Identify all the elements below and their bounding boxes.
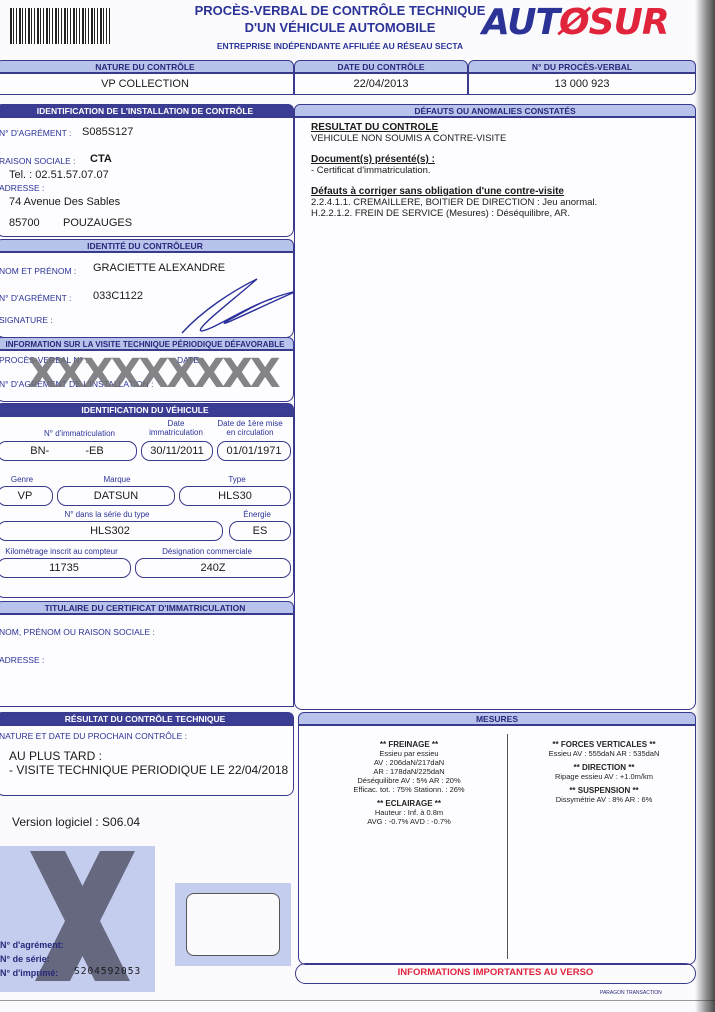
controleur-section: IDENTITÉ DU CONTRÔLEUR NOM ET PRÉNOM : G… <box>0 239 294 338</box>
freinage-line: Essieu par essieu <box>319 749 499 758</box>
serie-label: N° dans la série du type <box>37 510 177 519</box>
suspension-title: ** SUSPENSION ** <box>569 786 638 795</box>
logo-o-icon: Ø <box>559 2 589 43</box>
date-controle-section: DATE DU CONTRÔLE 22/04/2013 <box>294 60 468 95</box>
info-verso-banner: INFORMATIONS IMPORTANTES AU VERSO <box>295 963 696 984</box>
resultat-title: RÉSULTAT DU CONTRÔLE TECHNIQUE <box>0 712 294 725</box>
forces-title: ** FORCES VERTICALES ** <box>552 740 655 749</box>
logo-text-sur: SUR <box>589 2 669 43</box>
stamp-area <box>175 883 291 966</box>
designation-field: 240Z <box>135 558 291 578</box>
installation-address-line: 74 Avenue Des Sables <box>9 196 120 208</box>
controleur-agrement-value: 033C1122 <box>93 290 143 302</box>
stub-agrement-label: N° d'agrément: <box>0 938 64 952</box>
designation-label: Désignation commerciale <box>147 547 267 556</box>
visite-defavorable-section: INFORMATION SUR LA VISITE TECHNIQUE PÉRI… <box>0 337 294 402</box>
documents-text: - Certificat d'immatriculation. <box>311 165 679 176</box>
km-field: 11735 <box>0 558 131 578</box>
freinage-line: AV : 206daN/217daN <box>319 758 499 767</box>
serie-field: HLS302 <box>0 521 223 541</box>
nature-value: VP COLLECTION <box>0 73 294 95</box>
installation-title: IDENTIFICATION DE L'INSTALLATION DE CONT… <box>0 104 294 117</box>
suspension-line: Dissymétrie AV : 8% AR : 6% <box>519 795 689 804</box>
pv-number-section: N° DU PROCÈS-VERBAL 13 000 923 <box>468 60 696 95</box>
freinage-line: Déséquilibre AV : 5% AR : 20% <box>319 776 499 785</box>
stub-imprime-label: N° d'imprimé: <box>0 966 64 980</box>
immat-suffix: -EB <box>85 445 103 457</box>
marque-field: DATSUN <box>57 486 175 506</box>
immat-prefix: BN- <box>30 445 49 457</box>
nature-controle-section: NATURE DU CONTRÔLE VP COLLECTION <box>0 60 294 95</box>
logo-text-auto: AUT <box>482 2 559 43</box>
resultat-section: RÉSULTAT DU CONTRÔLE TECHNIQUE NATURE ET… <box>0 712 294 796</box>
mesures-divider <box>507 734 508 959</box>
software-version: Version logiciel : S06.04 <box>12 815 140 829</box>
title-line-1: PROCÈS-VERBAL DE CONTRÔLE TECHNIQUE <box>190 2 490 19</box>
nature-label: NATURE DU CONTRÔLE <box>0 60 294 73</box>
visite-defavorable-title: INFORMATION SUR LA VISITE TECHNIQUE PÉRI… <box>0 337 294 350</box>
titulaire-address-label: ADRESSE : <box>0 655 44 665</box>
installation-section: IDENTIFICATION DE L'INSTALLATION DE CONT… <box>0 104 294 237</box>
controleur-title: IDENTITÉ DU CONTRÔLEUR <box>0 239 294 252</box>
prochain-controle-line2: - VISITE TECHNIQUE PERIODIQUE LE 22/04/2… <box>9 763 288 777</box>
documents-heading: Document(s) présenté(s) : <box>311 154 679 165</box>
raison-sociale-label: RAISON SOCIALE : <box>0 156 76 166</box>
vehicule-title: IDENTIFICATION DU VÉHICULE <box>0 403 294 416</box>
pv-value: 13 000 923 <box>468 73 696 95</box>
defauts-section: DÉFAUTS OU ANOMALIES CONSTATÉS RESULTAT … <box>294 104 696 710</box>
stamp-box <box>186 893 280 956</box>
signature-label: SIGNATURE : <box>0 315 53 325</box>
installation-phone: Tel. : 02.51.57.07.07 <box>9 169 109 181</box>
date-value: 22/04/2013 <box>294 73 468 95</box>
installation-city: POUZAUGES <box>63 217 132 229</box>
prochain-controle-line1: AU PLUS TARD : <box>9 749 102 763</box>
document-subtitle: ENTREPRISE INDÉPENDANTE AFFILIÉE AU RÉSE… <box>190 41 490 51</box>
raison-sociale-value: CTA <box>90 153 112 165</box>
titulaire-section: TITULAIRE DU CERTIFICAT D'IMMATRICULATIO… <box>0 601 294 707</box>
eclairage-line: AVG : -0.7% AVD : -0.7% <box>319 817 499 826</box>
direction-line: Ripage essieu AV : +1.0m/km <box>519 772 689 781</box>
resultat-text: VEHICULE NON SOUMIS A CONTRE-VISITE <box>311 133 679 144</box>
direction-title: ** DIRECTION ** <box>574 763 635 772</box>
immat-field: BN- -EB <box>0 441 137 461</box>
eclairage-title: ** ECLAIRAGE ** <box>377 799 441 808</box>
installation-agrement-label: N° D'AGRÉMENT : <box>0 128 71 138</box>
prochain-controle-label: NATURE ET DATE DU PROCHAIN CONTRÔLE : <box>0 731 187 741</box>
titulaire-name-label: NOM, PRÉNOM OU RAISON SOCIALE : <box>0 627 155 637</box>
titulaire-title: TITULAIRE DU CERTIFICAT D'IMMATRICULATIO… <box>0 601 294 614</box>
vehicule-section: IDENTIFICATION DU VÉHICULE N° d'immatric… <box>0 403 294 598</box>
genre-label: Genre <box>7 475 37 484</box>
freinage-block: ** FREINAGE ** Essieu par essieu AV : 20… <box>319 740 499 826</box>
energie-label: Énergie <box>237 510 277 519</box>
mesures-section: MESURES ** FREINAGE ** Essieu par essieu… <box>298 712 696 965</box>
date-mise-field: 01/01/1971 <box>217 441 291 461</box>
date-immat-label: Date immatriculation <box>145 419 207 437</box>
barcode-icon <box>10 8 110 44</box>
document-title: PROCÈS-VERBAL DE CONTRÔLE TECHNIQUE D'UN… <box>190 2 490 36</box>
installation-address-label: ADRESSE : <box>0 183 44 193</box>
genre-field: VP <box>0 486 53 506</box>
printer-credit: PARAGON TRANSACTION <box>600 990 662 996</box>
control-stub: N° d'agrément: N° de série: N° d'imprimé… <box>0 846 155 992</box>
defauts-heading: Défauts à corriger sans obligation d'une… <box>311 186 679 197</box>
date-mise-label: Date de 1ère mise en circulation <box>215 419 285 437</box>
imprime-number: S204592053 <box>74 966 141 977</box>
scan-shadow <box>695 0 715 1012</box>
resultat-heading: RESULTAT DU CONTROLE <box>311 122 679 133</box>
marque-label: Marque <box>87 475 147 484</box>
type-label: Type <box>217 475 257 484</box>
installation-agrement-value: S085S127 <box>82 126 133 138</box>
km-label: Kilométrage inscrit au compteur <box>0 547 124 556</box>
freinage-title: ** FREINAGE ** <box>380 740 438 749</box>
title-line-2: D'UN VÉHICULE AUTOMOBILE <box>190 19 490 36</box>
forces-block: ** FORCES VERTICALES ** Essieu AV : 555d… <box>519 740 689 804</box>
freinage-line: Efficac. tot. : 75% Stationn. : 26% <box>319 785 499 794</box>
date-label: DATE DU CONTRÔLE <box>294 60 468 73</box>
page-edge <box>0 1000 715 1001</box>
defaut-item: H.2.2.1.2. FREIN DE SERVICE (Mesures) : … <box>311 208 679 219</box>
date-immat-field: 30/11/2011 <box>141 441 213 461</box>
mesures-title: MESURES <box>298 712 696 725</box>
defaut-item: 2.2.4.1.1. CREMAILLERE, BOITIER DE DIREC… <box>311 197 679 208</box>
immat-label: N° d'immatriculation <box>27 429 132 438</box>
freinage-line: AR : 178daN/225daN <box>319 767 499 776</box>
controleur-agrement-label: N° D'AGRÉMENT : <box>0 293 71 303</box>
eclairage-line: Hauteur : Inf. à 0.8m <box>319 808 499 817</box>
forces-line: Essieu AV : 555daN AR : 535daN <box>519 749 689 758</box>
controleur-name-label: NOM ET PRÉNOM : <box>0 266 76 276</box>
crossed-out-mark: XXXXXXXXX <box>27 351 278 397</box>
stub-serie-label: N° de série: <box>0 952 64 966</box>
type-field: HLS30 <box>179 486 291 506</box>
defauts-title: DÉFAUTS OU ANOMALIES CONSTATÉS <box>294 104 696 117</box>
installation-postcode: 85700 <box>9 217 40 229</box>
autosur-logo: AUTØSUR <box>482 2 669 43</box>
pv-label: N° DU PROCÈS-VERBAL <box>468 60 696 73</box>
signature-icon <box>172 271 302 341</box>
energie-field: ES <box>229 521 291 541</box>
